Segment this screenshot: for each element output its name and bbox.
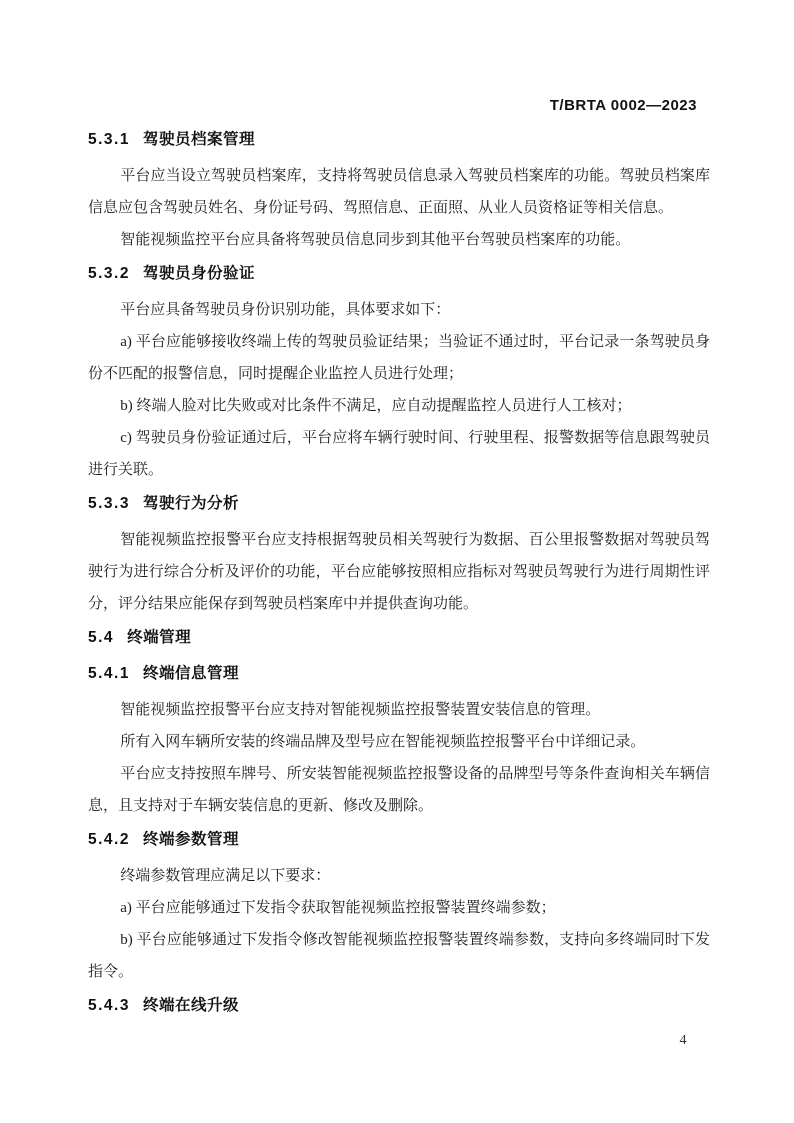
- section-title: 驾驶员档案管理: [143, 131, 255, 148]
- section-title: 终端参数管理: [143, 831, 239, 848]
- document-header: T/BRTA 0002—2023: [550, 97, 697, 114]
- list-item-c-identity: c) 驾驶员身份验证通过后，平台应将车辆行驶时间、行驶里程、报警数据等信息跟驾驶…: [88, 422, 710, 486]
- section-number: 5.4: [88, 629, 114, 646]
- paragraph-driver-archive-2: 智能视频监控平台应具备将驾驶员信息同步到其他平台驾驶员档案库的功能。: [88, 224, 710, 256]
- section-title: 终端信息管理: [143, 665, 239, 682]
- section-number: 5.3.3: [88, 495, 130, 512]
- section-number: 5.4.2: [88, 831, 130, 848]
- list-item-a-identity: a) 平台应能够接收终端上传的驾驶员验证结果；当验证不通过时，平台记录一条驾驶员…: [88, 326, 710, 390]
- section-number: 5.3.1: [88, 131, 130, 148]
- list-item-a-params: a) 平台应能够通过下发指令获取智能视频监控报警装置终端参数；: [88, 892, 710, 924]
- list-item-b-params: b) 平台应能够通过下发指令修改智能视频监控报警装置终端参数，支持向多终端同时下…: [88, 924, 710, 988]
- document-body: 5.3.1驾驶员档案管理 平台应当设立驾驶员档案库，支持将驾驶员信息录入驾驶员档…: [88, 122, 710, 1026]
- paragraph-behavior-analysis: 智能视频监控报警平台应支持根据驾驶员相关驾驶行为数据、百公里报警数据对驾驶员驾驶…: [88, 524, 710, 620]
- section-heading-5-3-2: 5.3.2驾驶员身份验证: [88, 258, 710, 290]
- section-title: 终端管理: [127, 629, 191, 646]
- list-item-b-identity: b) 终端人脸对比失败或对比条件不满足，应自动提醒监控人员进行人工核对；: [88, 390, 710, 422]
- section-heading-5-4-2: 5.4.2终端参数管理: [88, 824, 710, 856]
- standard-number: T/BRTA 0002—2023: [550, 97, 697, 114]
- section-title: 驾驶员身份验证: [143, 265, 255, 282]
- paragraph-params-intro: 终端参数管理应满足以下要求：: [88, 860, 710, 892]
- section-number: 5.3.2: [88, 265, 130, 282]
- paragraph-driver-archive-1: 平台应当设立驾驶员档案库，支持将驾驶员信息录入驾驶员档案库的功能。驾驶员档案库信…: [88, 160, 710, 224]
- paragraph-terminal-info-1: 智能视频监控报警平台应支持对智能视频监控报警装置安装信息的管理。: [88, 694, 710, 726]
- section-number: 5.4.1: [88, 665, 130, 682]
- paragraph-terminal-info-2: 所有入网车辆所安装的终端品牌及型号应在智能视频监控报警平台中详细记录。: [88, 726, 710, 758]
- document-page: T/BRTA 0002—2023 5.3.1驾驶员档案管理 平台应当设立驾驶员档…: [0, 0, 794, 1123]
- paragraph-identity-intro: 平台应具备驾驶员身份识别功能，具体要求如下：: [88, 294, 710, 326]
- section-title: 驾驶行为分析: [143, 495, 239, 512]
- section-heading-5-4-3: 5.4.3终端在线升级: [88, 990, 710, 1022]
- paragraph-terminal-info-3: 平台应支持按照车牌号、所安装智能视频监控报警设备的品牌型号等条件查询相关车辆信息…: [88, 758, 710, 822]
- section-heading-5-3-3: 5.3.3驾驶行为分析: [88, 488, 710, 520]
- section-number: 5.4.3: [88, 997, 130, 1014]
- section-heading-5-4: 5.4终端管理: [88, 622, 710, 654]
- section-heading-5-4-1: 5.4.1终端信息管理: [88, 658, 710, 690]
- page-number: 4: [669, 1030, 697, 1052]
- section-title: 终端在线升级: [143, 997, 239, 1014]
- section-heading-5-3-1: 5.3.1驾驶员档案管理: [88, 124, 710, 156]
